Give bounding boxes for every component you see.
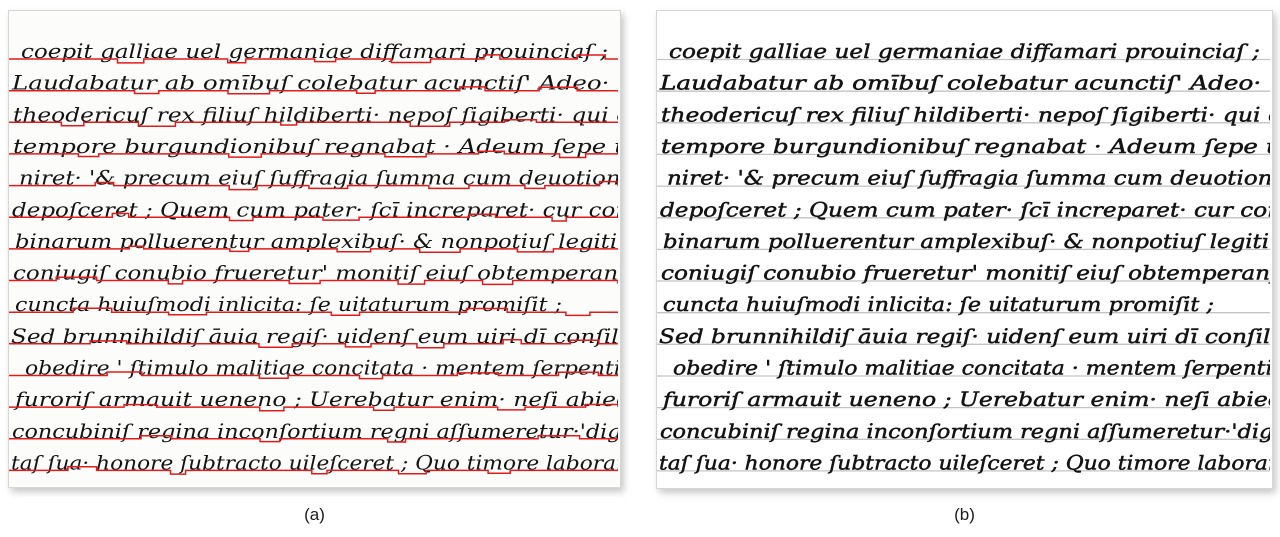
manuscript-text-line: Sed brunnihildiſ āuia regiſ· uidenſ eum …: [659, 324, 1270, 348]
manuscript-text-line: cuncta huiuſmodi inlicita: ſe uitaturum …: [663, 292, 1214, 316]
manuscript-text-line: coepit galliae uel germaniae diffamari p…: [669, 39, 1260, 63]
manuscript-panel-a: coepit galliae uel germaniae diffamari p…: [8, 10, 621, 488]
manuscript-text-line: depoſceret ; Quem cum pater· ſcī increpa…: [660, 197, 1270, 221]
manuscript-text-line: tempore burgundionibuſ regnabat · Adeum …: [661, 134, 1270, 158]
manuscript-image-gray-baselines: coepit galliae uel germaniae diffamari p…: [657, 11, 1270, 486]
manuscript-text-line: taſ ſua· honore ſubtracto uileſceret ; Q…: [659, 450, 1270, 474]
manuscript-text-line: concubiniſ regina inconſortium regni aſſ…: [660, 419, 1270, 443]
caption-panel-b: (b): [656, 503, 1273, 527]
manuscript-text-line: binarum polluerentur amplexibuſ· & nonpo…: [663, 229, 1270, 253]
manuscript-text-line: niret· '& precum eiuſ ſuffragia ſumma cu…: [667, 166, 1270, 190]
manuscript-text-line: Laudabatur ab omībuſ colebatur acunctiſ'…: [659, 71, 1270, 95]
caption-panel-a: (a): [8, 503, 621, 527]
manuscript-text-line: niret· '& precum eiuſ ſuffragia ſumma cu…: [19, 166, 618, 190]
two-panel-manuscript-figure: coepit galliae uel germaniae diffamari p…: [0, 0, 1280, 537]
manuscript-text-line: theodericuſ rex filiuſ hildiberti· nepoſ…: [661, 102, 1270, 126]
manuscript-text-line: furoriſ armauit ueneno ; Uerebatur enim·…: [661, 387, 1270, 411]
manuscript-image-red-baselines: coepit galliae uel germaniae diffamari p…: [9, 11, 618, 485]
manuscript-panel-b: coepit galliae uel germaniae diffamari p…: [656, 10, 1273, 489]
manuscript-text-line: obedire ' ſtimulo malitiae concitata · m…: [673, 356, 1270, 380]
manuscript-text-line: coniugiſ conubio frueretur' monitiſ eiuſ…: [661, 261, 1270, 285]
